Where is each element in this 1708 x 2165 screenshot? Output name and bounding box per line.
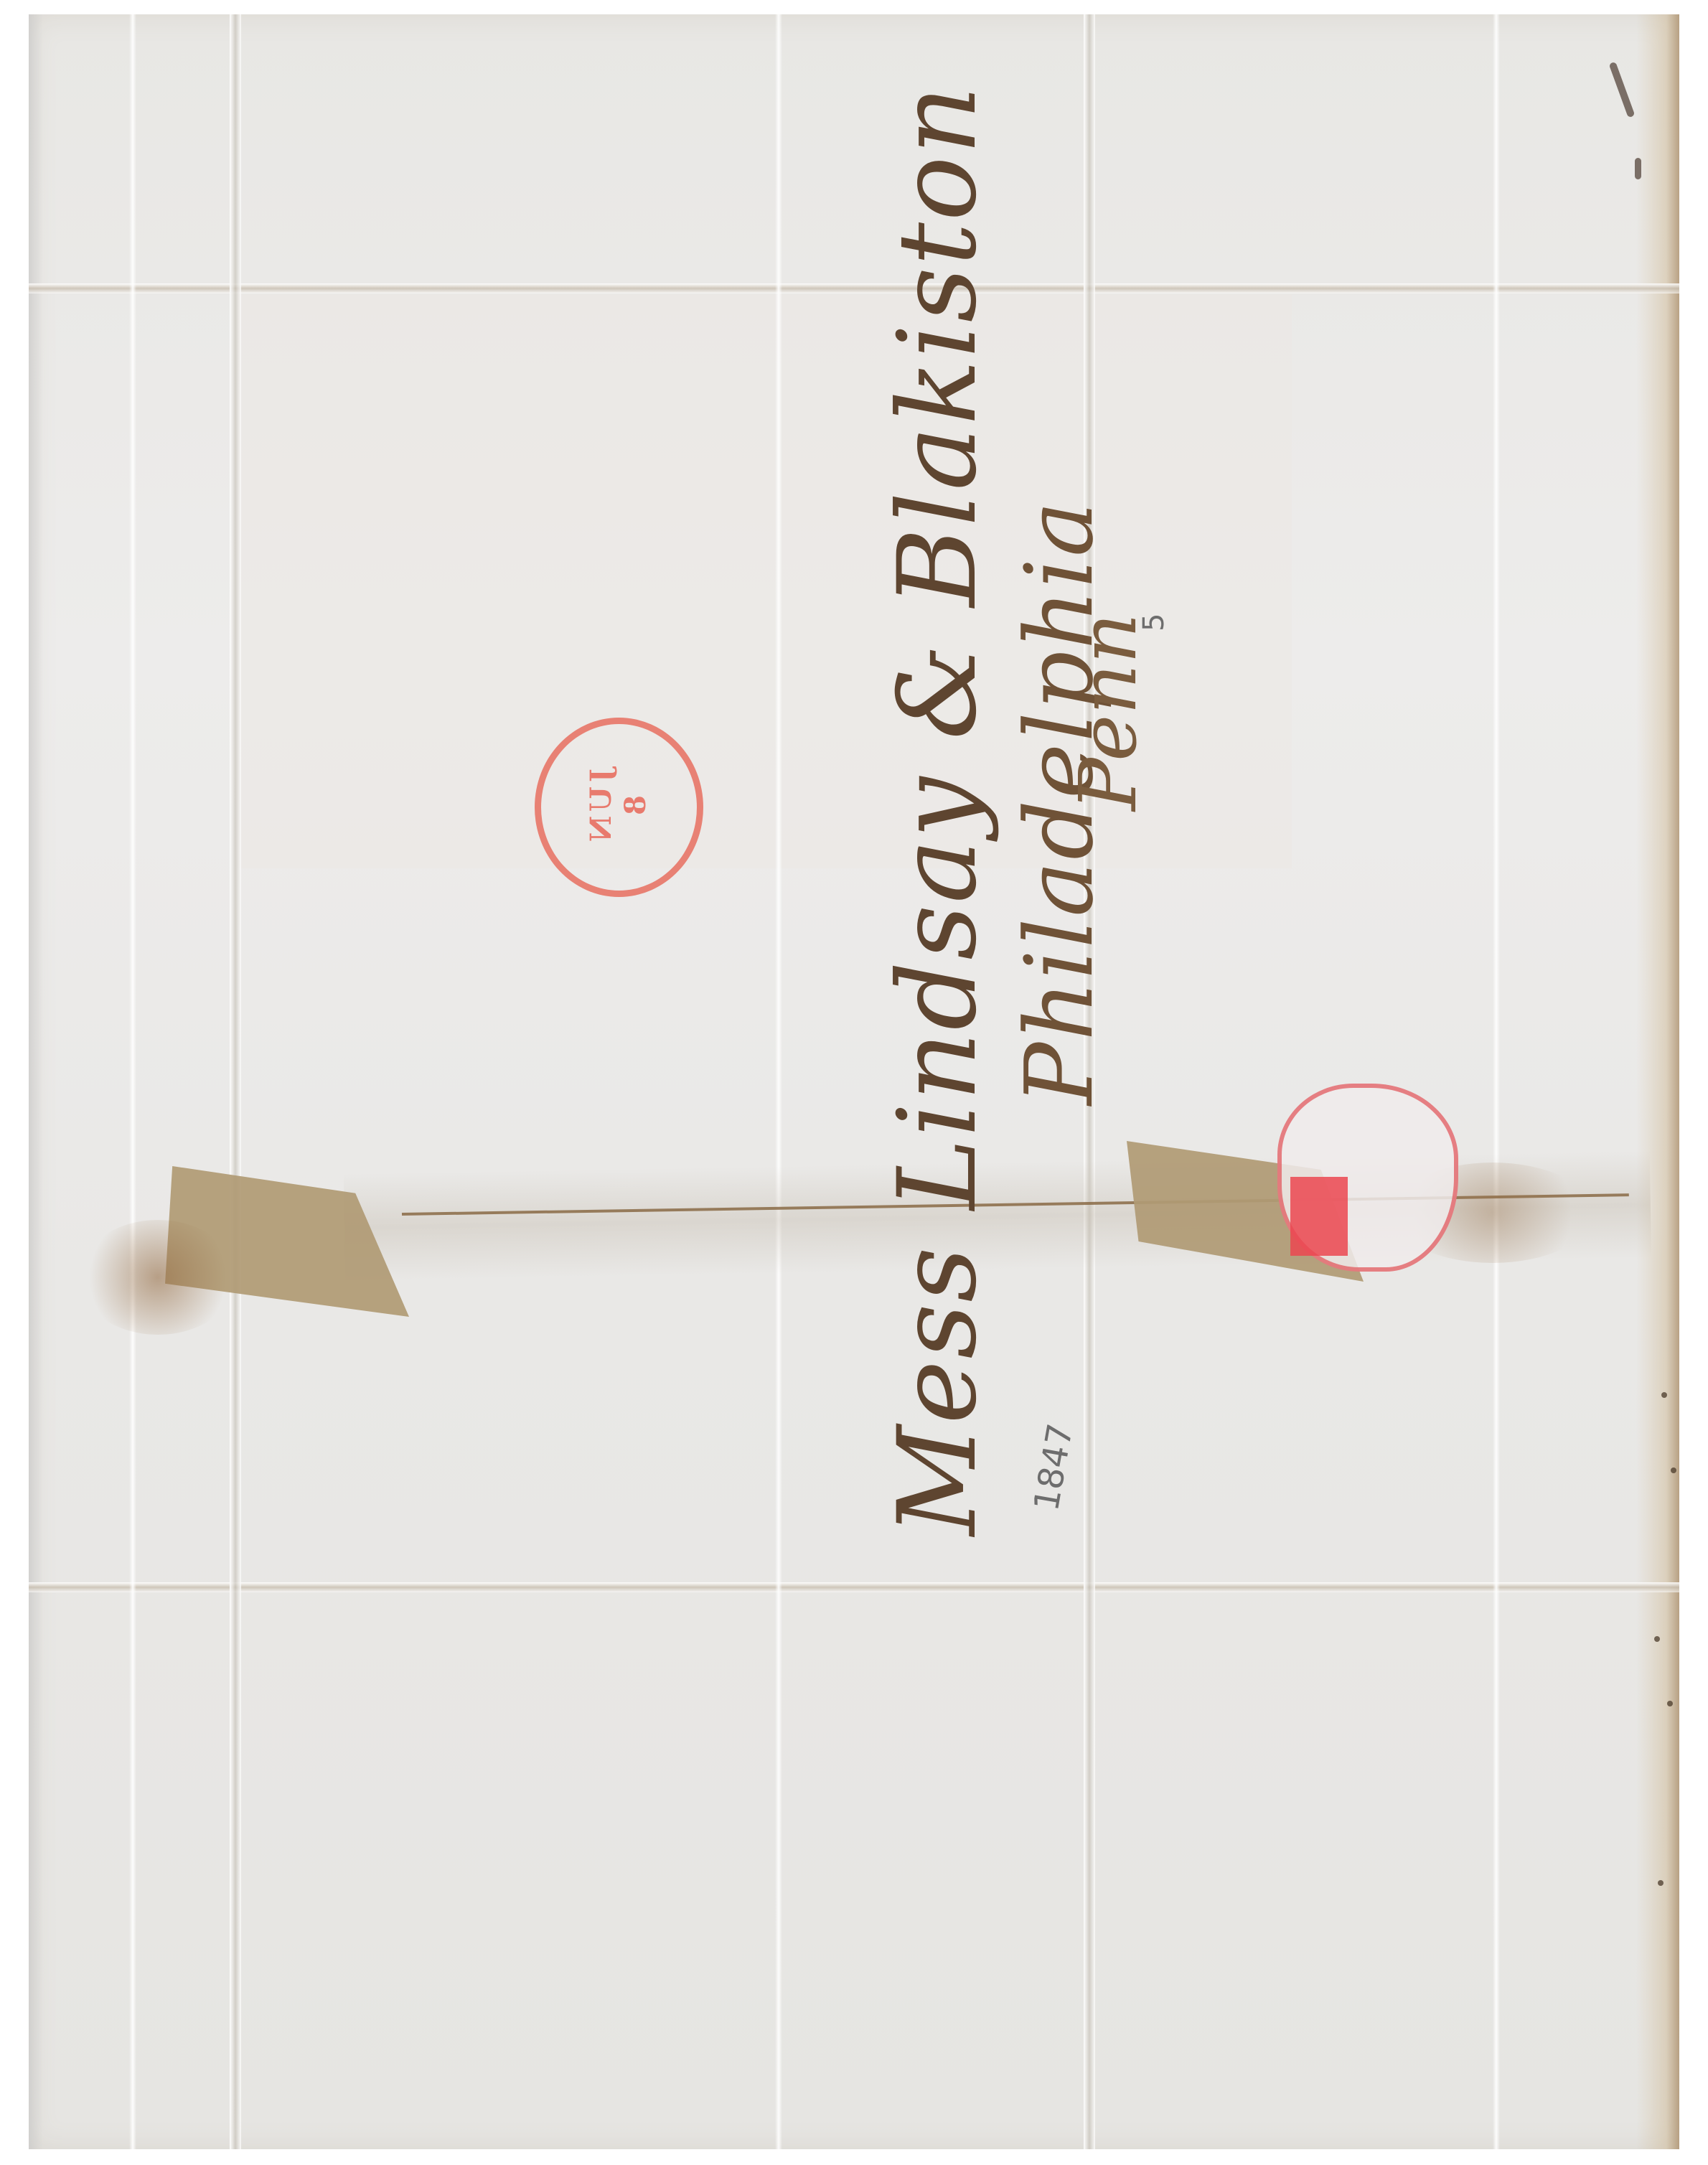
- address-name: Mess Lindsay & Blakiston: [876, 84, 1000, 1536]
- ink-fragment: [1635, 158, 1641, 179]
- letter-sheet: [29, 14, 1679, 2149]
- fold-line-bottom: [29, 1582, 1679, 1592]
- fold-line-top: [29, 283, 1679, 293]
- crease: [775, 14, 782, 2149]
- crease: [129, 14, 136, 2149]
- scanned-document: JUN 8 Mess Lindsay & Blakiston Philadelp…: [0, 0, 1708, 2165]
- pencil-count-note: 5: [1137, 614, 1170, 631]
- pinhole: [1661, 1392, 1667, 1398]
- fold-line-left: [230, 14, 241, 2149]
- wax-seal-remnant: [1290, 1177, 1348, 1256]
- foxing-stain: [79, 1220, 237, 1335]
- edge-stain: [1636, 14, 1679, 2149]
- pinhole: [1667, 1701, 1673, 1706]
- address-state: Penn: [1062, 613, 1154, 811]
- edge-shadow: [29, 14, 43, 2149]
- pinhole: [1654, 1636, 1660, 1642]
- pinhole: [1658, 1880, 1664, 1886]
- postmark-month: JUN: [584, 769, 619, 846]
- postmark-date: JUN 8: [584, 769, 653, 846]
- postmark-day: 8: [619, 769, 653, 846]
- crease: [1493, 14, 1500, 2149]
- pinhole: [1671, 1467, 1676, 1473]
